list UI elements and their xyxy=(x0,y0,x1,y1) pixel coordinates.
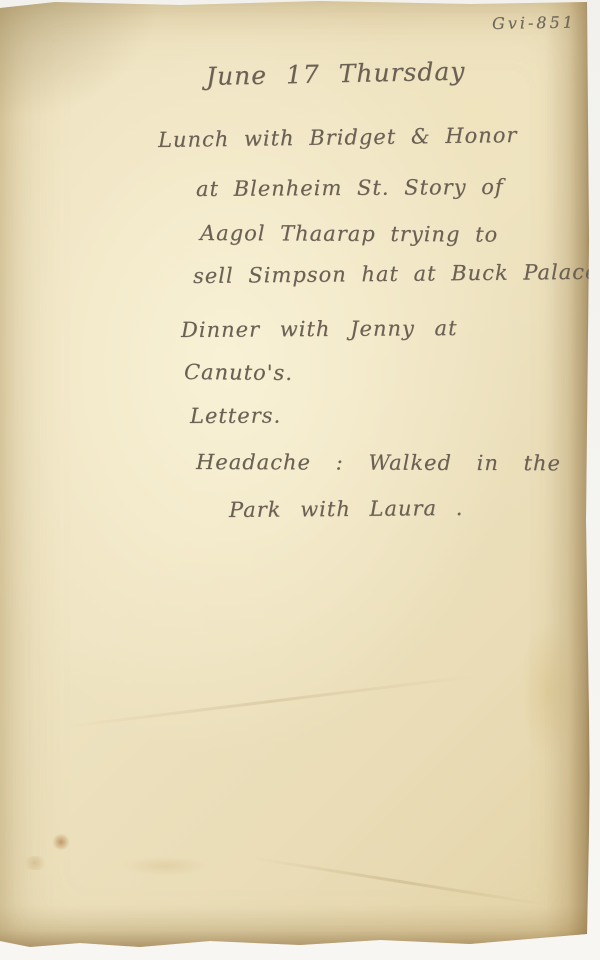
archive-mark: Gvi-851 xyxy=(492,13,576,33)
paper-stain xyxy=(520,620,575,760)
paper-stain xyxy=(120,856,210,876)
date-heading: June 17 Thursday xyxy=(206,57,466,91)
paper-crease xyxy=(252,857,549,907)
diary-line: Aagol Thaarap trying to xyxy=(200,221,498,247)
paper-stain xyxy=(52,834,70,850)
scanned-diary-page: Gvi-851 June 17 Thursday Lunch with Brid… xyxy=(0,0,600,960)
diary-line: at Blenheim St. Story of xyxy=(196,175,504,201)
diary-line: sell Simpson hat at Buck Palace. xyxy=(193,260,600,288)
paper-stain xyxy=(22,856,48,870)
diary-line: Letters. xyxy=(190,404,281,428)
diary-line: Canuto's. xyxy=(184,360,293,385)
diary-line: Lunch with Bridget & Honor xyxy=(158,123,518,152)
diary-line: Park with Laura . xyxy=(229,496,464,522)
page-edge-shadow-bottom xyxy=(0,905,590,947)
paper-sheet: Gvi-851 June 17 Thursday Lunch with Brid… xyxy=(0,0,600,960)
paper-crease xyxy=(61,674,478,728)
corner-shadow xyxy=(0,0,160,120)
diary-line: Dinner with Jenny at xyxy=(181,316,458,342)
diary-line: Headache : Walked in the xyxy=(196,450,561,475)
